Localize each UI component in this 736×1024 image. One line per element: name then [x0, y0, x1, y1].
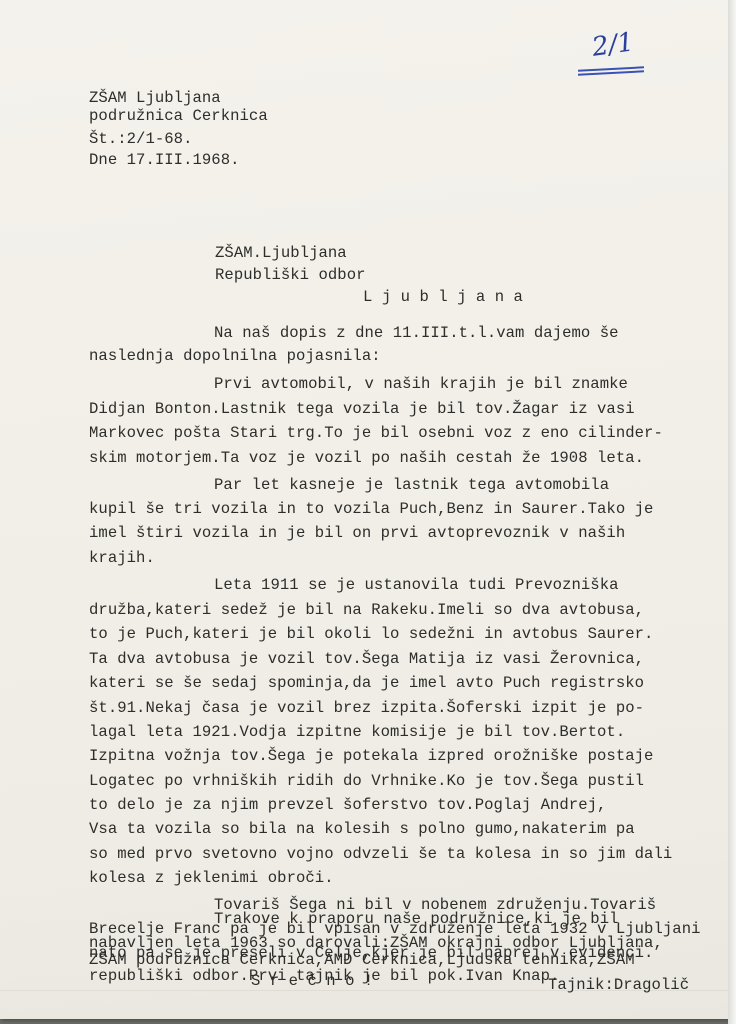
- closing-greeting: S r e č n o !: [251, 974, 373, 990]
- body-line: lagal leta 1921.Vodja izpitne komisije j…: [89, 725, 625, 741]
- reference-number: Št.:2/1-68.: [89, 132, 193, 148]
- body-line: nabavljen leta 1963 so darovali:ZŠAM okr…: [89, 936, 663, 952]
- body-line: Prvi avtomobil, v naših krajih je bil zn…: [214, 377, 628, 393]
- body-line: Na naš dopis z dne 11.III.t.l.vam dajemo…: [214, 326, 619, 342]
- body-line: št.91.Nekaj časa je vozil brez izpita.Šo…: [89, 701, 644, 717]
- body-line: Leta 1911 se je ustanovila tudi Prevozni…: [214, 578, 619, 594]
- body-line: družba,kateri sedež je bil na Rakeku.Ime…: [89, 603, 644, 619]
- paper-edge: [728, 0, 736, 1024]
- body-line: Markovec pošta Stari trg.To je bil osebn…: [89, 426, 663, 442]
- body-line: kateri se še sedaj spominja,da je imel a…: [89, 676, 644, 692]
- recipient-committee: Republiški odbor: [215, 268, 366, 284]
- body-line: Didjan Bonton.Lastnik tega vozila je bil…: [89, 402, 635, 418]
- document-date: Dne 17.III.1968.: [89, 153, 240, 169]
- body-line: kolesa z jeklenimi obroči.: [89, 871, 334, 887]
- body-line: to delo je za njim prevzel šoferstvo tov…: [89, 798, 606, 814]
- document-page: 2/1 ZŠAM Ljubljana podružnica Cerknica Š…: [0, 0, 728, 1019]
- body-line: Ta dva avtobusa je vozil tov.Šega Matija…: [89, 652, 644, 668]
- body-line: Logatec po vrhniških ridih do Vrhnike.Ko…: [89, 774, 644, 790]
- body-line: imel štiri vozila in je bil on prvi avto…: [89, 526, 625, 542]
- body-line: Par let kasneje je lastnik tega avtomobi…: [214, 478, 609, 494]
- body-line: kupil še tri vozila in to vozila Puch,Be…: [89, 502, 653, 518]
- sender-branch: podružnica Cerknica: [89, 109, 268, 125]
- handwritten-page-number: 2/1: [590, 27, 636, 63]
- sender-org: ZŠAM Ljubljana: [89, 91, 221, 107]
- body-line: so med prvo svetovno vojno odvzeli še ta…: [89, 847, 672, 863]
- recipient-city: L j u b l j a n a: [363, 290, 523, 306]
- signature: Tajnik:Dragolič: [548, 978, 689, 994]
- body-line: skim motorjem.Ta voz je vozil po naših c…: [89, 451, 644, 467]
- body-line: krajih.: [89, 551, 155, 567]
- body-line: Trakove k praporu naše podružnice,ki je …: [214, 912, 619, 928]
- body-line: to je Puch,kateri je bil okoli lo sedežn…: [89, 627, 653, 643]
- body-line: Vsa ta vozila so bila na kolesih s polno…: [89, 822, 635, 838]
- body-line: naslednja dopolnilna pojasnila:: [89, 349, 381, 365]
- body-line: Izpitna vožnja tov.Šega je potekala izpr…: [89, 749, 653, 765]
- recipient-org: ZŠAM.Ljubljana: [215, 246, 347, 262]
